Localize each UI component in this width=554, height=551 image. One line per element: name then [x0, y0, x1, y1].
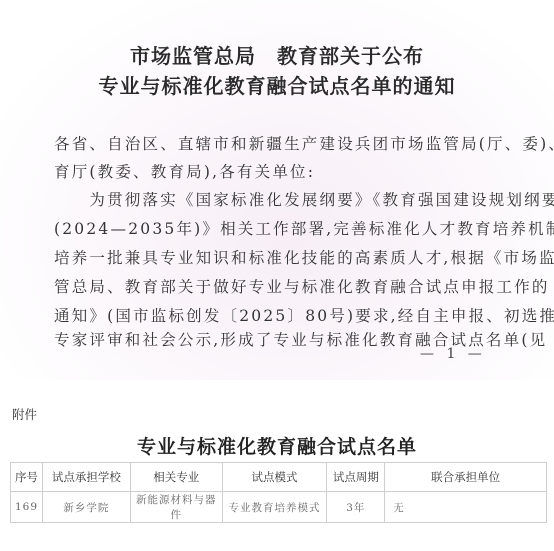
table-row: 169 新乡学院 新能源材料与器件 专业教育培养模式 3年 无: [11, 492, 547, 523]
header-index: 序号: [11, 463, 43, 492]
notice-title-line2: 专业与标准化教育融合试点名单的通知: [0, 70, 554, 99]
body-line-2: (2024—2035年)》相关工作部署,完善标准化人才教育培养机制,: [54, 215, 532, 243]
cell-partner: 无: [385, 492, 547, 523]
body-line-3: 培养一批兼具专业知识和标准化技能的高素质人才,根据《市场监: [54, 244, 532, 272]
notice-page: 市场监管总局 教育部关于公布 专业与标准化教育融合试点名单的通知 各省、自治区、…: [0, 0, 554, 380]
header-major: 相关专业: [130, 463, 222, 492]
attachment-label: 附件: [12, 405, 37, 423]
header-school: 试点承担学校: [42, 463, 130, 492]
page-number: — 1 —: [420, 346, 486, 362]
header-partner: 联合承担单位: [385, 463, 547, 492]
addressee-line-2: 育厅(教委、教育局),各有关单位:: [54, 158, 532, 186]
pilot-list-table: 序号 试点承担学校 相关专业 试点模式 试点周期 联合承担单位 169 新乡学院…: [10, 462, 547, 523]
body-line-4: 管总局、教育部关于做好专业与标准化教育融合试点申报工作的: [54, 273, 532, 301]
header-mode: 试点模式: [222, 463, 327, 492]
notice-title-line1: 市场监管总局 教育部关于公布: [0, 40, 554, 69]
addressee-line-1: 各省、自治区、直辖市和新疆生产建设兵团市场监管局(厅、委)、教: [54, 130, 532, 158]
cell-major: 新能源材料与器件: [130, 492, 222, 523]
cell-index: 169: [11, 492, 43, 523]
cell-school: 新乡学院: [42, 492, 130, 523]
cell-mode: 专业教育培养模式: [222, 492, 327, 523]
attachment-title: 专业与标准化教育融合试点名单: [0, 432, 554, 459]
body-line-1: 为贯彻落实《国家标准化发展纲要》《教育强国建设规划纲要: [54, 186, 532, 214]
cell-period: 3年: [327, 492, 385, 523]
header-period: 试点周期: [327, 463, 385, 492]
table-header-row: 序号 试点承担学校 相关专业 试点模式 试点周期 联合承担单位: [11, 463, 547, 492]
